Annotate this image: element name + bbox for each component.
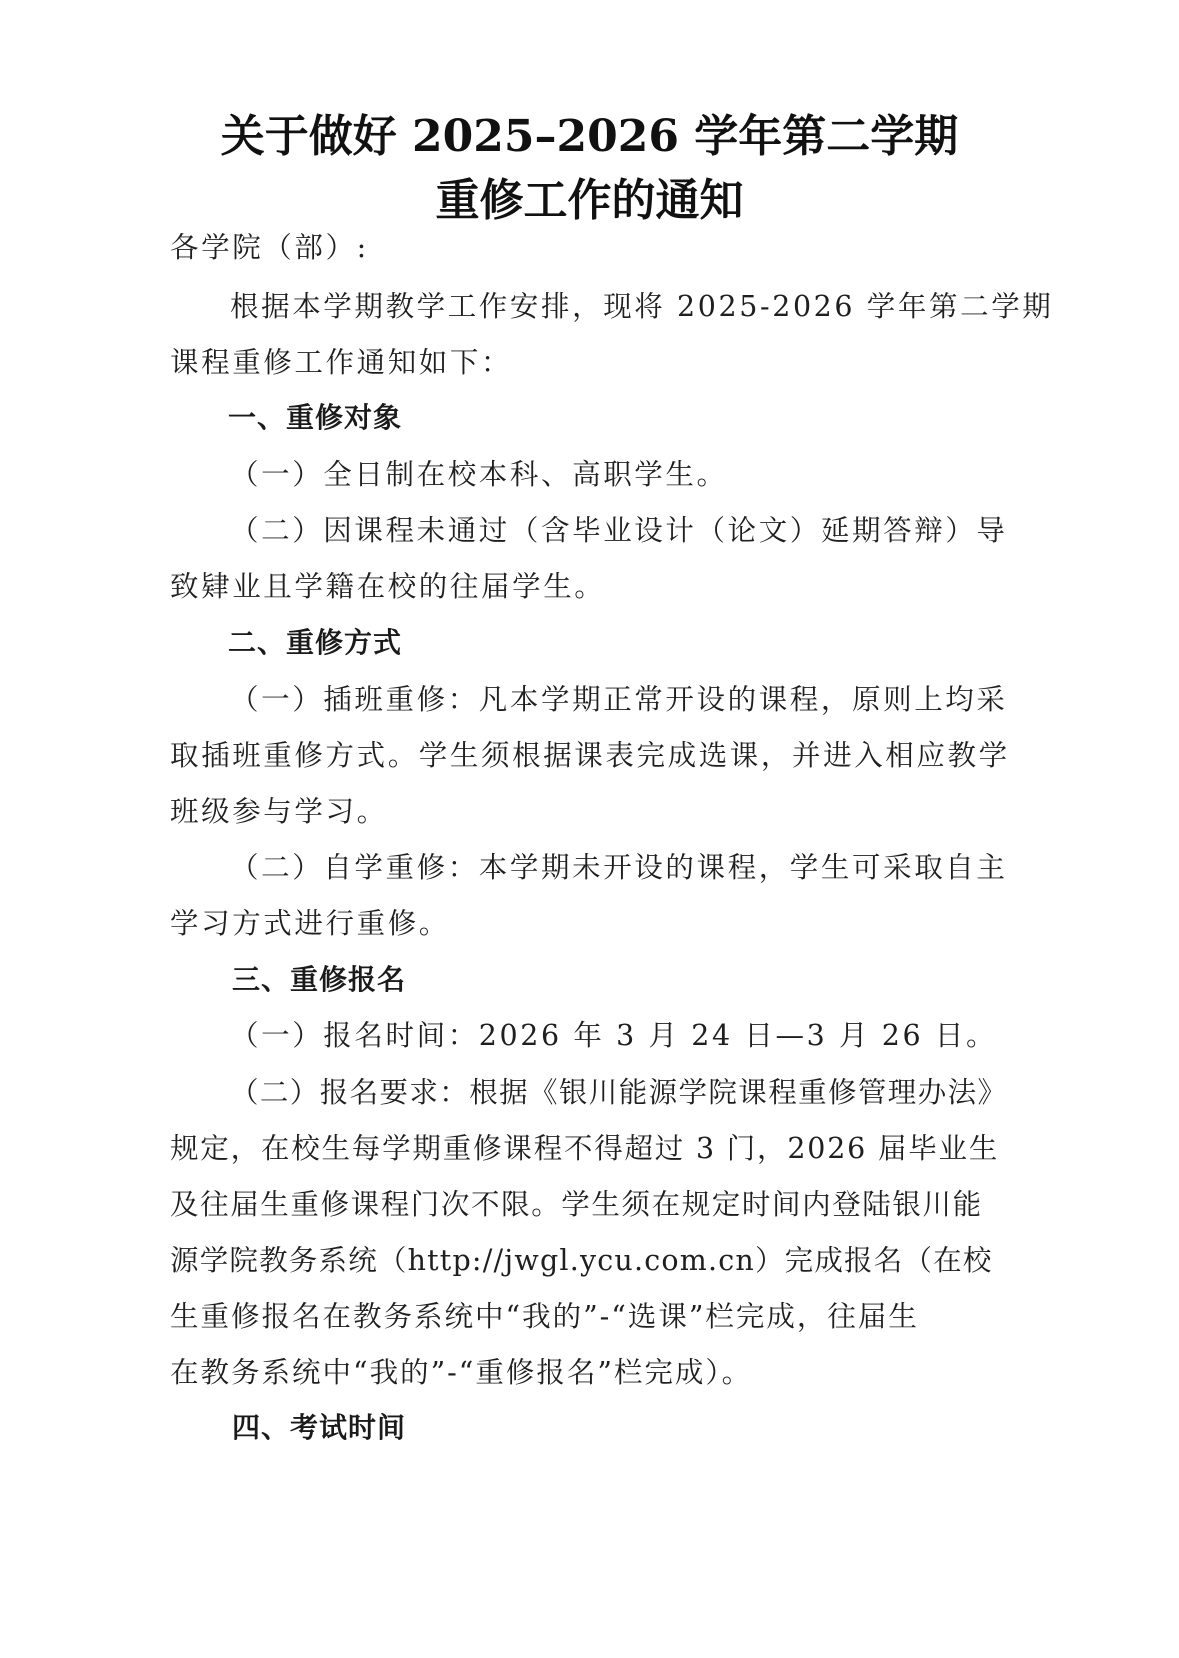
section-heading-4: 四、考试时间 [232,1408,406,1448]
document-title-line-1: 关于做好 2025–2026 学年第二学期 [0,107,1179,167]
document-page: 关于做好 2025–2026 学年第二学期 重修工作的通知 各学院（部）: 根据… [0,0,1179,1658]
paragraph-line: 生重修报名在教务系统中“我的”-“选课”栏完成，往届生 [170,1297,1010,1337]
paragraph-line: 班级参与学习。 [170,792,1010,832]
paragraph-line: （一）报名时间：2026 年 3 月 24 日—3 月 26 日。 [230,1016,1070,1056]
section-heading-2: 二、重修方式 [228,623,402,663]
paragraph-line: （二）因课程未通过（含毕业设计（论文）延期答辩）导 [230,511,1070,551]
paragraph-line: 及往届生重修课程门次不限。学生须在规定时间内登陆银川能 [170,1185,1010,1225]
paragraph-line: 取插班重修方式。学生须根据课表完成选课，并进入相应教学 [170,736,1010,776]
intro-line-1: 根据本学期教学工作安排，现将 2025-2026 学年第二学期 [230,287,1070,327]
paragraph-line: 致肄业且学籍在校的往届学生。 [170,567,1010,607]
section-heading-1: 一、重修对象 [228,398,402,438]
paragraph-line: （二）报名要求：根据《银川能源学院课程重修管理办法》 [230,1073,1070,1113]
paragraph-line-url: 源学院教务系统（http://jwgl.ycu.com.cn）完成报名（在校 [170,1241,1010,1281]
paragraph-line: （一）全日制在校本科、高职学生。 [230,455,1070,495]
paragraph-line: 规定，在校生每学期重修课程不得超过 3 门，2026 届毕业生 [170,1129,1010,1169]
paragraph-line: （二）自学重修：本学期未开设的课程，学生可采取自主 [230,848,1070,888]
salutation: 各学院（部）: [170,228,1010,268]
paragraph-line: 学习方式进行重修。 [170,904,1010,944]
section-heading-3: 三、重修报名 [232,960,406,1000]
document-title-line-2: 重修工作的通知 [0,171,1179,231]
paragraph-line: （一）插班重修：凡本学期正常开设的课程，原则上均采 [230,680,1070,720]
paragraph-line: 在教务系统中“我的”-“重修报名”栏完成）。 [170,1353,1010,1393]
intro-line-2: 课程重修工作通知如下： [170,343,1010,383]
